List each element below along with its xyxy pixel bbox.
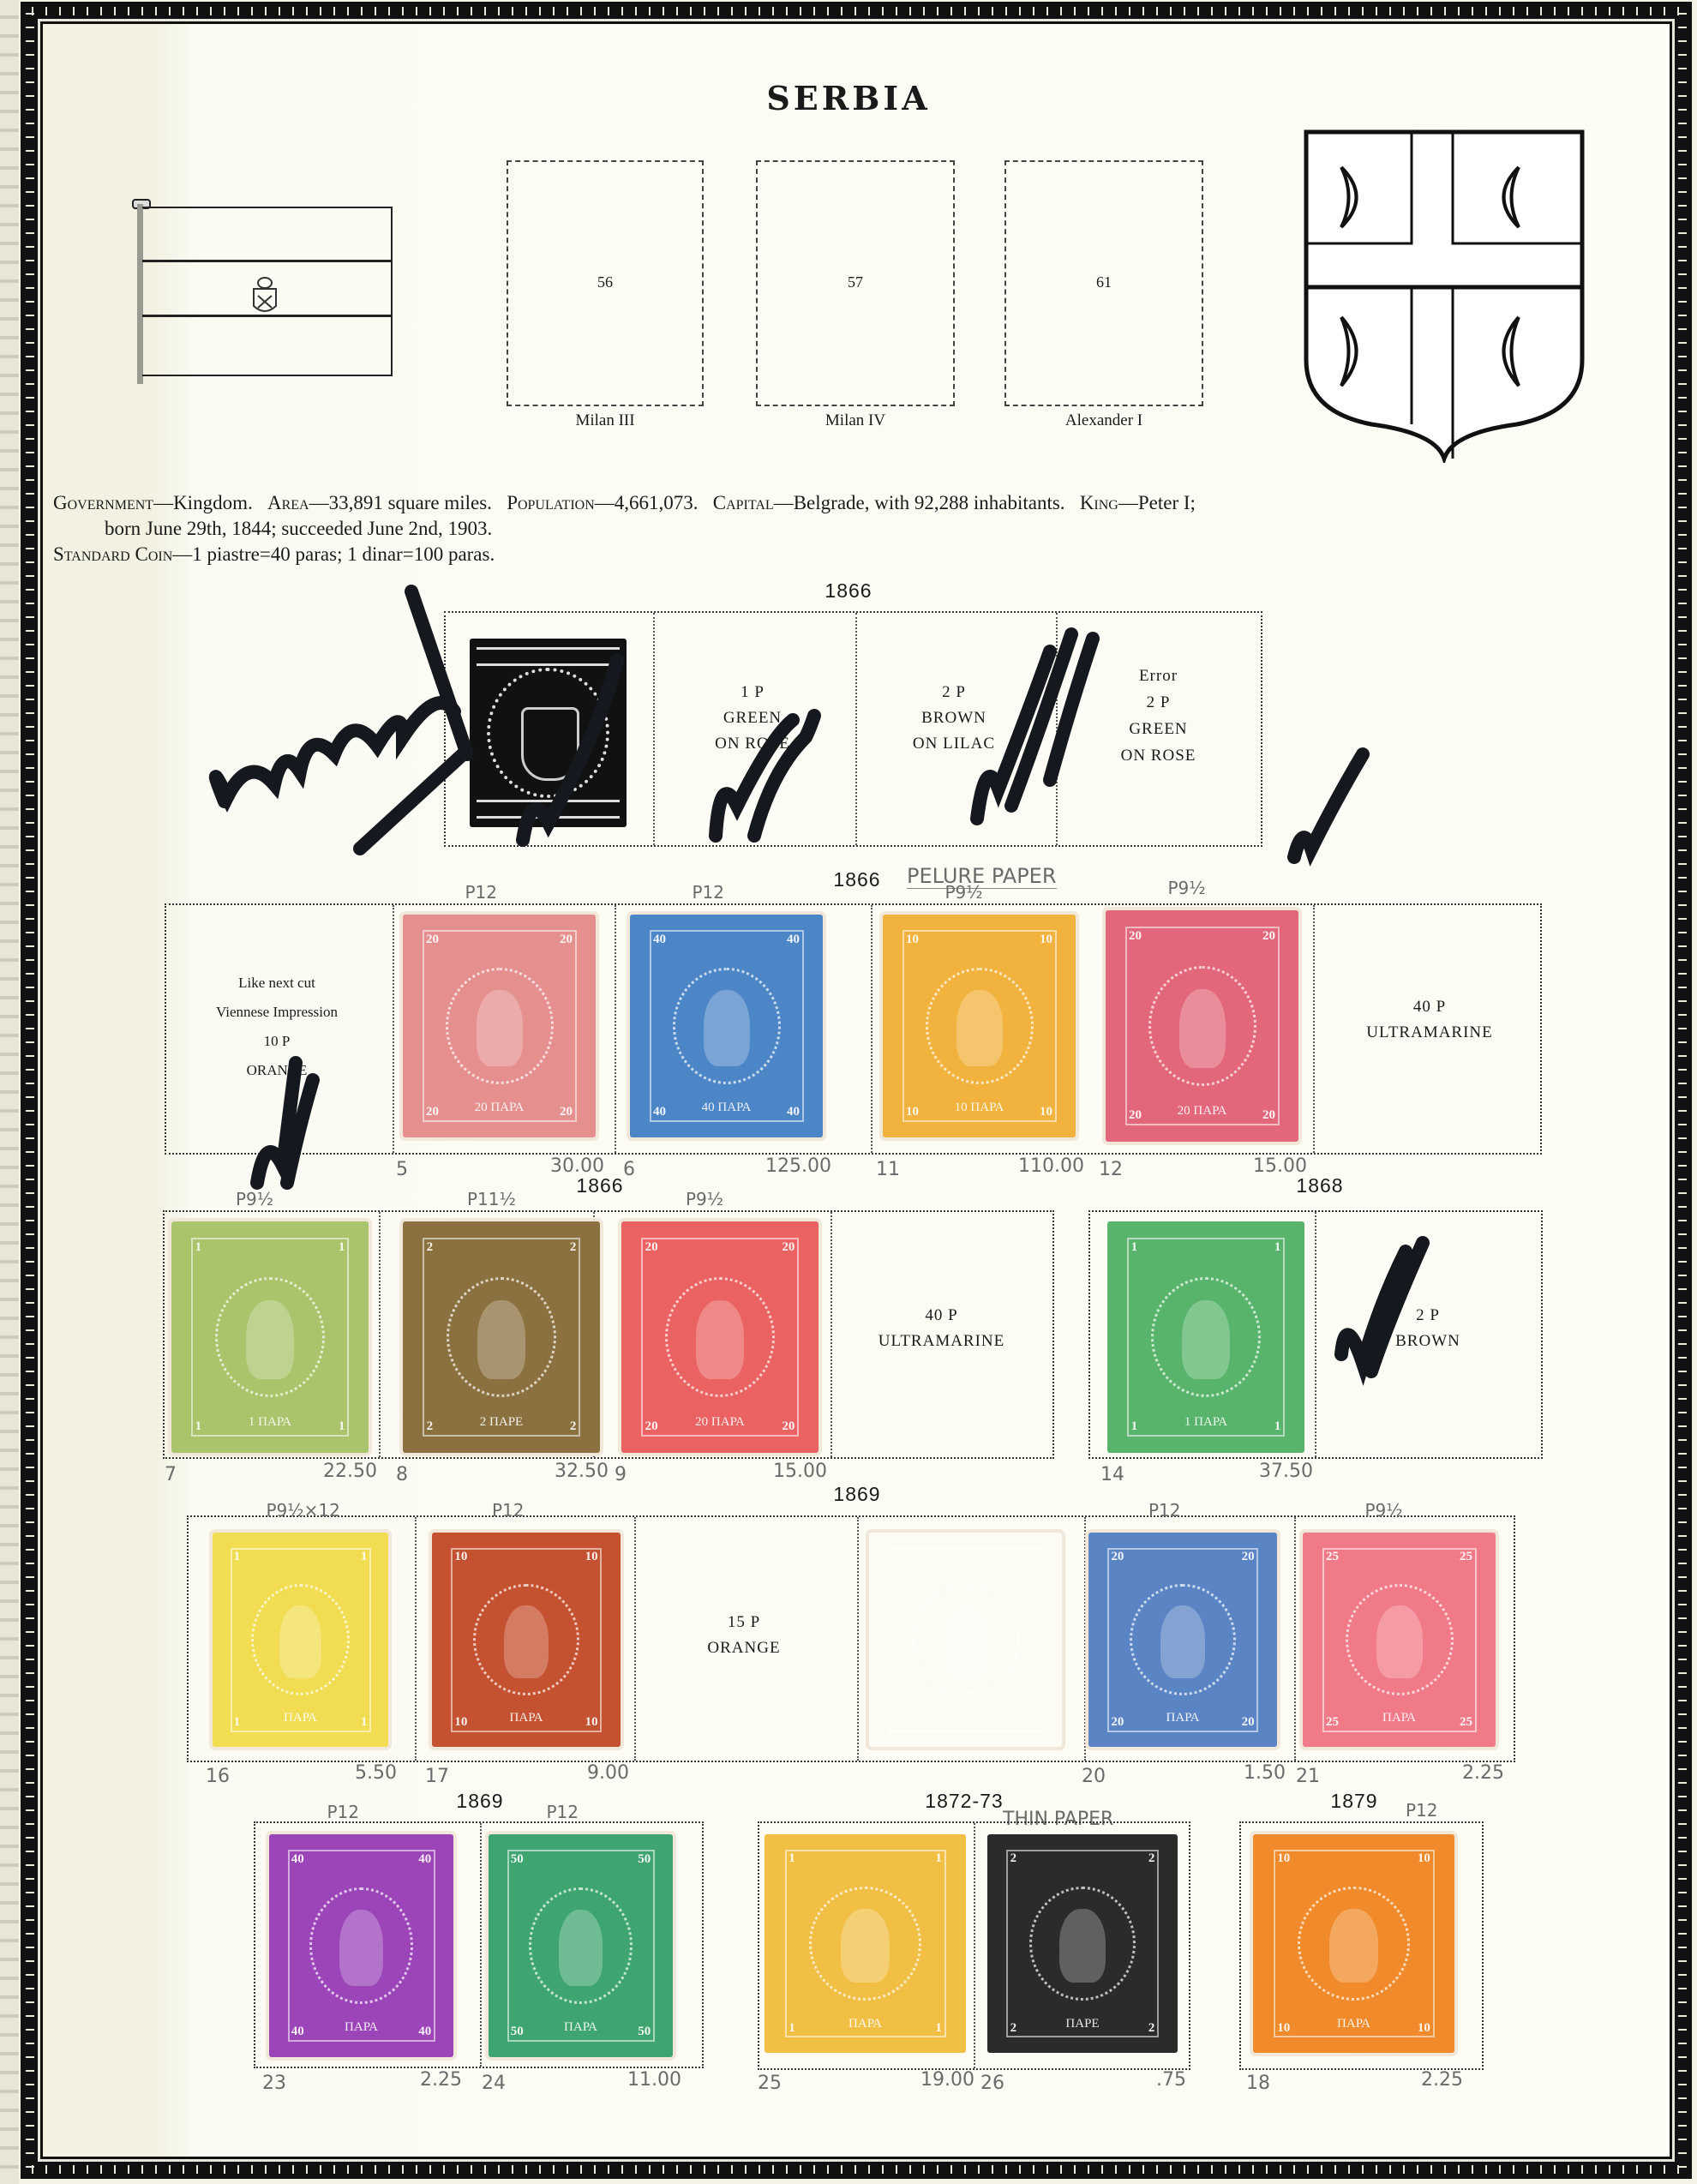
ink-checkmarks [0, 0, 1697, 2184]
